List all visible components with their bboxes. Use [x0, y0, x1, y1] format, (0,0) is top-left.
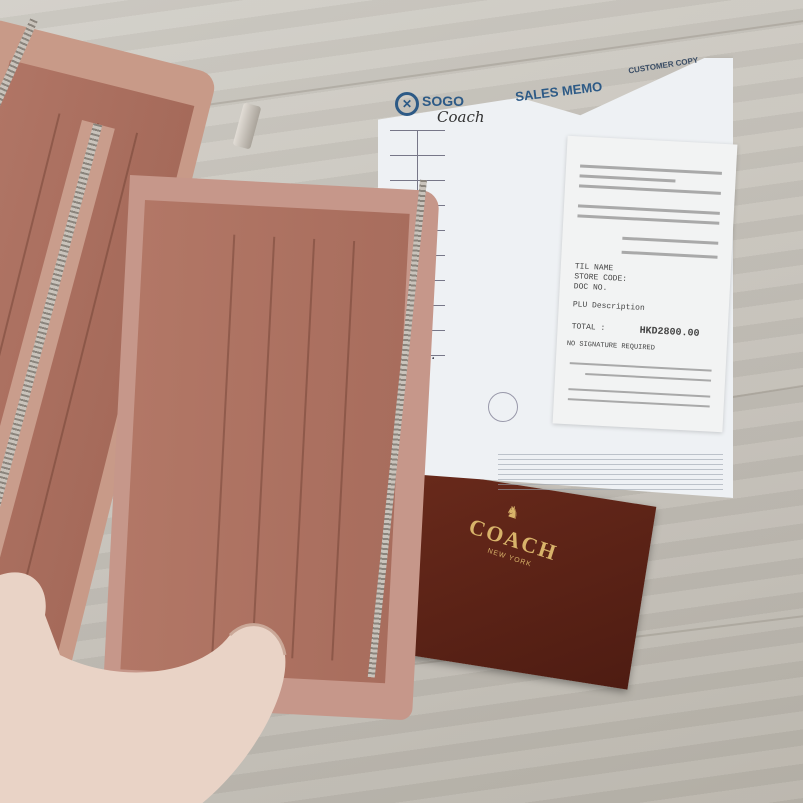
sogo-logo-icon: ✕	[395, 92, 419, 116]
sogo-brand: SOGO	[422, 93, 464, 109]
receipt-total-value: HKD2800.00	[639, 326, 700, 340]
memo-fine-print	[498, 454, 723, 490]
handwritten-brand: Coach	[437, 108, 485, 126]
receipt-line: DOC NO.	[574, 282, 608, 293]
zipper-pull-icon	[233, 102, 262, 149]
horse-carriage-icon: ♞	[503, 501, 523, 524]
sales-memo-title: SALES MEMO	[514, 79, 603, 105]
stamp-mark	[488, 392, 518, 422]
receipt-total-label: TOTAL :	[571, 322, 605, 333]
hand	[0, 565, 300, 803]
receipt-item-label: PLU Description	[573, 300, 645, 313]
receipt-note: NO SIGNATURE REQUIRED	[567, 340, 656, 353]
thermal-receipt: TIL NAME STORE CODE: DOC NO. PLU Descrip…	[553, 136, 738, 433]
